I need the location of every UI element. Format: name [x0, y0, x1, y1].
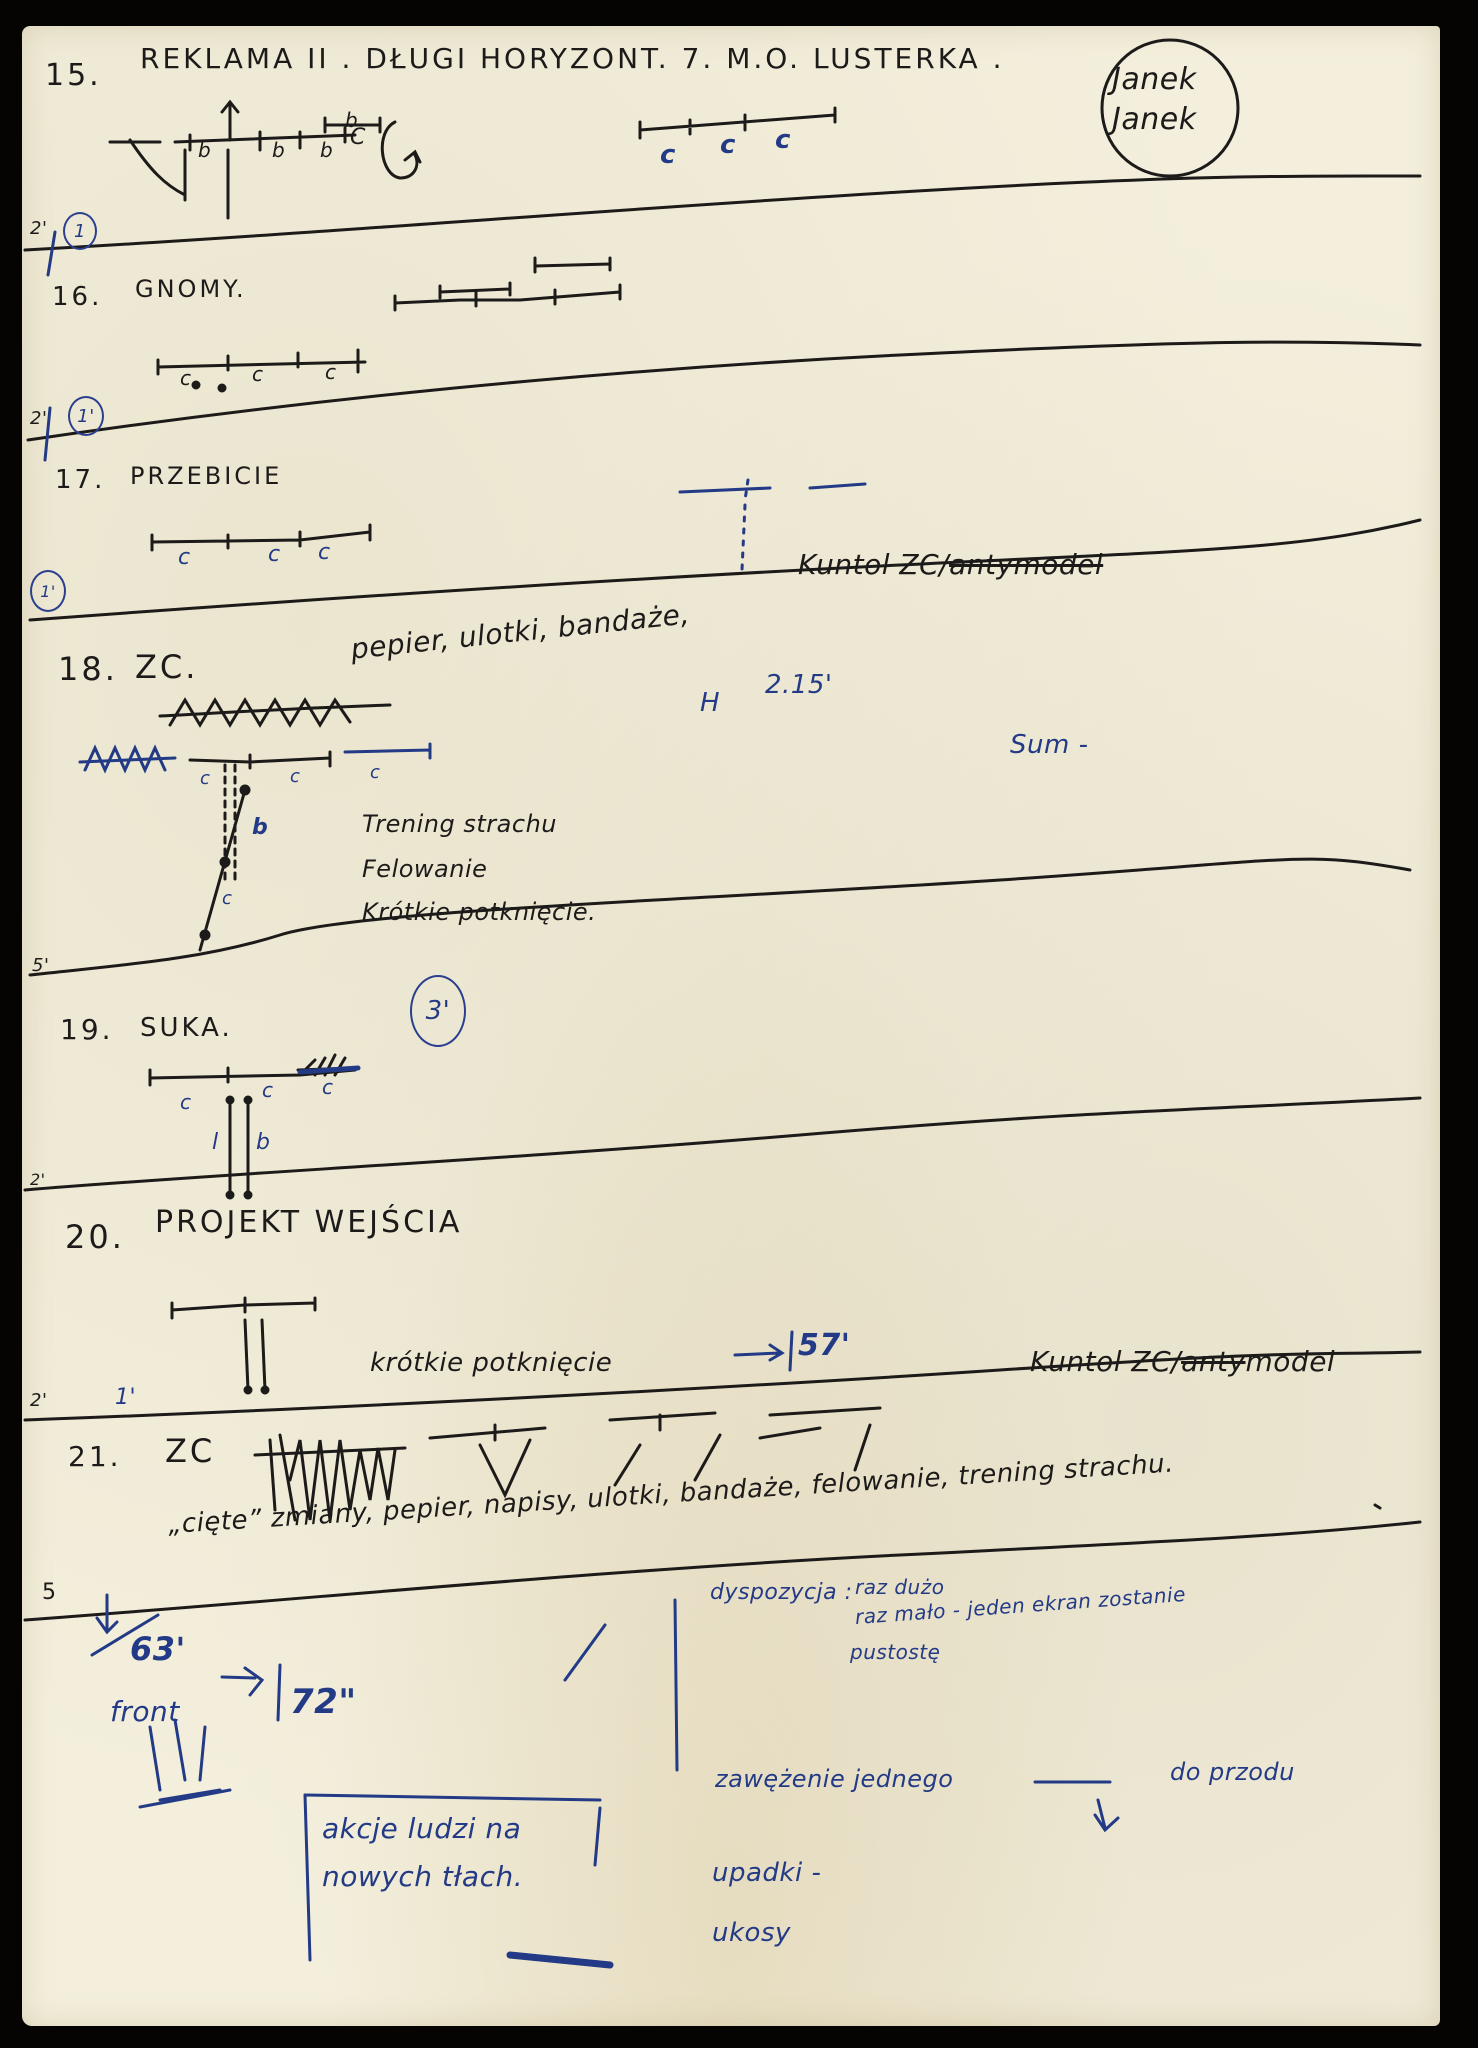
section-title: REKLAMA II . DŁUGI HORYZONT. 7. M.O. LUS…: [140, 42, 1005, 75]
bottom-list-item: upadki -: [712, 1858, 821, 1888]
diagram-label: c: [180, 366, 192, 390]
blue-label: c: [222, 888, 232, 909]
blue-label: l: [212, 1130, 219, 1155]
note-right: Kuntol ZC/antymodel: [798, 548, 1103, 581]
blue-note-right: Sum -: [1010, 730, 1088, 760]
circled-note-line: Janek: [1112, 62, 1197, 97]
circled-time: 3': [410, 975, 466, 1047]
separator-line: [30, 859, 1410, 975]
blue-label: c: [178, 545, 191, 570]
blue-symbol: H: [700, 688, 720, 718]
diagram-label: b: [272, 138, 285, 162]
blue-label: c: [200, 768, 210, 789]
blue-label: c: [322, 1075, 334, 1099]
front-label: front: [110, 1695, 180, 1728]
section-number: 19.: [60, 1013, 114, 1046]
margin-time: 2': [30, 1170, 46, 1189]
blue-label: b: [256, 1130, 270, 1155]
blue-label: c: [262, 1078, 274, 1102]
blue-label: c: [268, 542, 281, 567]
list-item: Trening strachu: [362, 810, 557, 838]
blue-label: c: [370, 762, 380, 783]
margin-time: 5: [42, 1580, 57, 1605]
right-note-line: raz dużo: [855, 1575, 944, 1599]
boxed-note-line: akcje ludzi na: [322, 1812, 521, 1845]
section-title: PROJEKT WEJŚCIA: [155, 1205, 462, 1240]
margin-time: 2': [30, 218, 47, 239]
section-number: 15.: [45, 58, 102, 93]
separator-line: [30, 520, 1420, 620]
diagram-label: c: [252, 362, 264, 386]
diagram-label: C: [350, 125, 366, 150]
list-item: Felowanie: [362, 855, 487, 883]
blue-margin-time: 1': [115, 1385, 136, 1410]
blue-label: b: [252, 815, 268, 840]
circled-count: 1': [30, 570, 66, 612]
circled-note-line: Janek: [1112, 102, 1197, 137]
margin-time: 5': [32, 955, 49, 976]
list-item: Krótkie potknięcie.: [362, 898, 596, 926]
blue-label: c: [290, 766, 300, 787]
section-title: SUKA.: [140, 1013, 233, 1043]
front-time: 72": [290, 1682, 357, 1722]
section-title: ZC.: [135, 648, 198, 686]
blue-time: 2.15': [765, 670, 833, 700]
diagram-label: b: [198, 138, 211, 162]
bottom-list-item: ukosy: [712, 1918, 791, 1948]
right-note-heading: dyspozycja :: [710, 1580, 853, 1605]
blue-label: c: [775, 125, 791, 155]
middle-note-end: do przodu: [1170, 1758, 1295, 1786]
blue-label: c: [180, 1090, 192, 1114]
section-number: 16.: [52, 282, 102, 312]
note: krótkie potknięcie: [370, 1348, 612, 1378]
separator-line: [28, 342, 1420, 440]
diagram-label: b: [320, 138, 333, 162]
middle-note: zawężenie jednego: [715, 1765, 953, 1793]
boxed-note-line: nowych tłach.: [322, 1860, 523, 1893]
section-title: GNOMY.: [135, 275, 247, 303]
blue-time: 57': [798, 1328, 850, 1363]
circled-count: 1': [68, 396, 104, 436]
time-arrow-label: 63': [130, 1630, 186, 1668]
blue-label: c: [318, 540, 331, 565]
section-number: 17.: [55, 465, 105, 495]
separator-line: [25, 1098, 1420, 1190]
blue-label: c: [720, 130, 736, 160]
separator-line: [25, 176, 1420, 250]
margin-time: 2': [30, 1390, 47, 1411]
note-right: Kuntol ZC/antymodel: [1030, 1345, 1335, 1378]
section-number: 20.: [65, 1218, 125, 1256]
diagram-label: c: [325, 360, 337, 384]
blue-label: c: [660, 140, 676, 170]
section-number: 18.: [58, 650, 118, 688]
right-note-line: pustostę: [850, 1640, 940, 1664]
section-title: PRZEBICIE: [130, 462, 282, 490]
section-number: 21.: [68, 1440, 122, 1473]
circled-count: 1: [63, 212, 97, 250]
margin-time: 2': [30, 408, 47, 429]
separator-line: [25, 1522, 1420, 1620]
section-title: ZC: [165, 1432, 215, 1470]
